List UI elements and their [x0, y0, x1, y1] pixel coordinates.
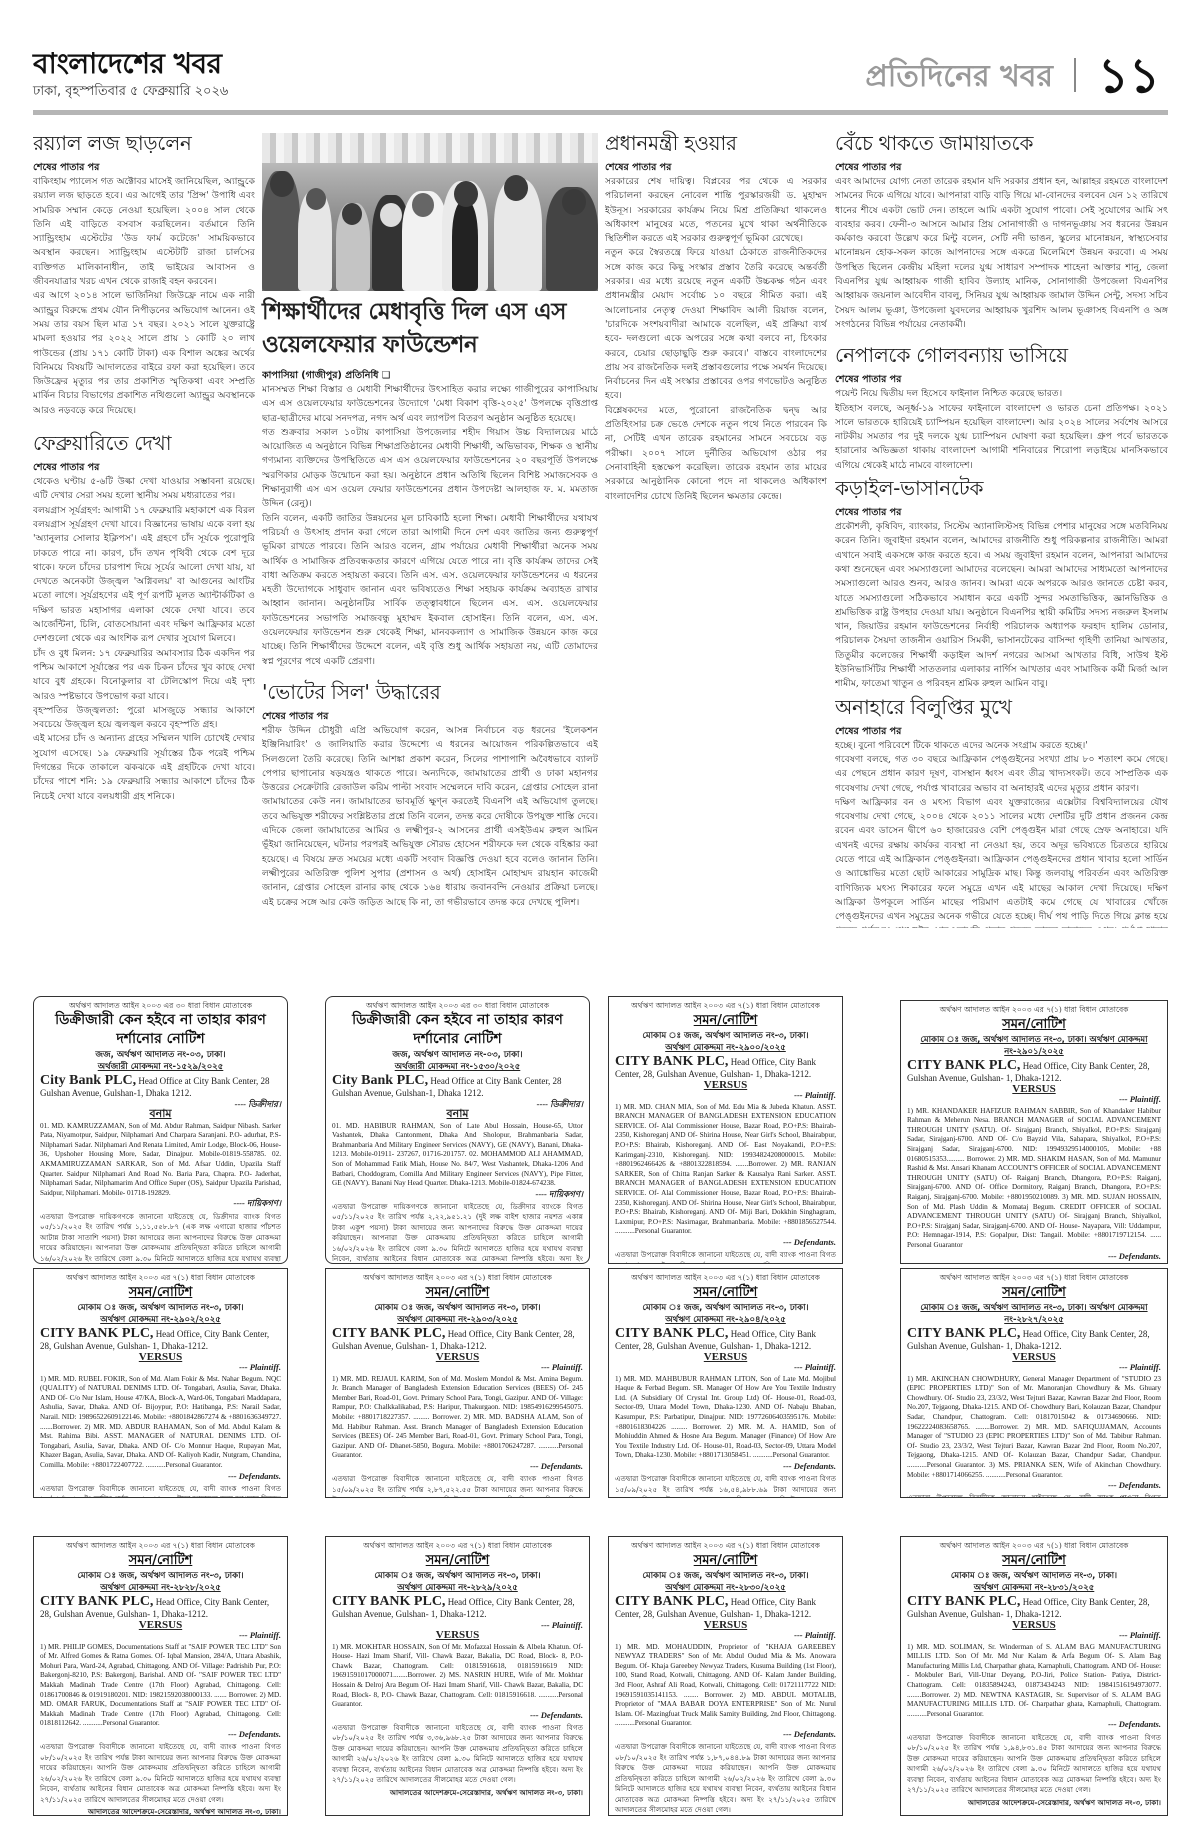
versus-label: VERSUS: [907, 1620, 1161, 1630]
plaintiff-role: --- Plaintiff.: [907, 1362, 1161, 1372]
notice-case-number: অর্থঋণ মোকদ্দমা নং-২৯০০/২০২৫: [615, 1042, 836, 1054]
notice-law: অর্থঋণ আদালত আইন ২০০৩ এর ৩০ ধারা বিধান ম…: [332, 1001, 583, 1011]
article-scholarship: কাপাসিয়া (গাজীপুর) প্রতিনিধি ❑ মানসম্মত…: [262, 368, 598, 928]
article-right-column: বেঁচে থাকতে জামায়াতকে শেষের পাতার পর এব…: [835, 128, 1168, 928]
legal-notice: অর্থঋণ আদালত আইন ২০০৩ এর ৭(১) ধারা বিধান…: [900, 1268, 1168, 1498]
article-kicker: শেষের পাতার পর: [262, 709, 598, 724]
notice-body: এতদ্বারা উপরোক্ত বিবাদীকে জানানো যাইতেছে…: [332, 1474, 583, 1498]
notice-case-number: অর্থঋণ মোকদ্দমা নং-২৮৩০/২০২৫: [615, 1582, 836, 1594]
notice-law: অর্থঋণ আদালত আইন ২০০৩ এর ৩০ ধারা বিধান ম…: [40, 1001, 281, 1011]
defendant-role: --- Defendants.: [332, 1710, 583, 1720]
notice-law: অর্থঋণ আদালত আইন ২০০৩ এর ৭(১) ধারা বিধান…: [332, 1541, 583, 1551]
notice-body: এতদ্বারা উপরোক্ত বিবাদীকে জানানো যাইতেছে…: [615, 1742, 836, 1816]
notice-plaintiff: CITY BANK PLC, Head Office, City Bank Ce…: [332, 1596, 583, 1620]
plaintiff-role: --- Plaintiff.: [332, 1362, 583, 1372]
versus-label: VERSUS: [615, 1080, 836, 1090]
article-headline: কড়াইল-ভাসানটেক: [835, 473, 1168, 503]
notice-parties: 01. MD. KAMRUZZAMAN, Son of Md. Abdur Ra…: [40, 1122, 281, 1199]
article-royal-lodge: রয়্যাল লজ ছাড়লেন শেষের পাতার পর বাকিংহ…: [33, 128, 255, 928]
article-paragraph: পয়েন্ট নিয়ে দ্বিতীয় দল হিসেবে ফাইনাল …: [835, 387, 1168, 401]
notice-case-number: অর্থঋণ মোকদ্দমা নং-২৮৩১/২০২৫: [907, 1582, 1161, 1594]
defendant-role: --- Defendants.: [615, 1237, 836, 1247]
versus-label: VERSUS: [615, 1620, 836, 1630]
notice-body: এতদ্বারা উপরোক্ত বিবাদীকে জানানো যাইতেছে…: [907, 1493, 1161, 1498]
article-kicker: শেষের পাতার পর: [835, 505, 1168, 520]
notice-signature: আদালতের আদেশক্রমে-সেরেস্তাদার, অর্থঋণ আদ…: [907, 1798, 1161, 1808]
versus-label: VERSUS: [615, 1352, 836, 1362]
notice-plaintiff: CITY BANK PLC, Head Office, City Bank Ce…: [40, 1328, 281, 1352]
article-paragraph: বৃহস্পতির উজ্জ্বলতা: পুরো মাসজুড়ে সন্ধ্…: [33, 704, 255, 733]
versus-label: VERSUS: [332, 1630, 583, 1640]
legal-notice: অর্থঋণ আদালত আইন ২০০৩ এর ৭(১) ধারা বিধান…: [325, 1268, 590, 1498]
notice-plaintiff: CITY BANK PLC, Head Office, City Bank Ce…: [907, 1596, 1161, 1620]
notice-parties: 1) MR. MD. REJAUL KARIM, Son of Md. Mosl…: [332, 1375, 583, 1461]
article-kicker: শেষের পাতার পর: [835, 160, 1168, 175]
notice-court: মোকাম ঃ জজ, অর্থঋণ আদালত নং-৩, ঢাকা।: [615, 1570, 836, 1582]
notice-title: সমন/নোটিশ: [907, 1551, 1161, 1570]
notice-case-number: অর্থঋণ মোকদ্দমা নং-২৯০২/২০২৫: [40, 1314, 281, 1326]
notice-law: অর্থঋণ আদালত আইন ২০০৩ এর ৭(১) ধারা বিধান…: [615, 1001, 836, 1011]
defendant-role: ---- দায়িকগণ।: [40, 1198, 281, 1208]
article-paragraph: এই মাসের চাঁদ ও অন্যান্য গ্রহের সম্মিলন …: [33, 732, 255, 803]
notice-title: সমন/নোটিশ: [615, 1283, 836, 1302]
dateline: ঢাকা, বৃহস্পতিবার ৫ ফেব্রুয়ারি ২০২৬: [33, 82, 228, 103]
notice-law: অর্থঋণ আদালত আইন ২০০৩ এর ৭(১) ধারা বিধান…: [332, 1273, 583, 1283]
notice-plaintiff: CITY BANK PLC, Head Office, City Bank Ce…: [332, 1328, 583, 1352]
article-paragraph: চাঁদ ও বুধ মিলন: ১৭ ফেব্রুয়ারির অমাবস্য…: [33, 647, 255, 704]
legal-notice: অর্থঋণ আদালত আইন ২০০৩ এর ৭(১) ধারা বিধান…: [33, 1268, 288, 1498]
notice-title: সমন/নোটিশ: [332, 1283, 583, 1302]
notice-title: সমন/নোটিশ: [615, 1011, 836, 1030]
defendant-role: ---- দায়িকগণ।: [332, 1189, 583, 1199]
plaintiff-role: --- Plaintiff.: [615, 1630, 836, 1640]
legal-notice: অর্থঋণ আদালত আইন ২০০৩ এর ৩০ ধারা বিধান ম…: [33, 996, 288, 1264]
notice-law: অর্থঋণ আদালত আইন ২০০৩ এর ৭(১) ধারা বিধান…: [907, 1541, 1161, 1551]
notice-plaintiff: CITY BANK PLC, Head Office, City Bank Ce…: [615, 1596, 836, 1620]
notice-parties: 1) MR. MD. RUBEL FOKIR, Son of Md. Alam …: [40, 1375, 281, 1471]
notice-title: সমন/নোটিশ: [907, 1283, 1161, 1302]
article-prime-minister: প্রধানমন্ত্রী হওয়ার শেষের পাতার পর সরকা…: [605, 128, 827, 928]
defendant-role: --- Defendants.: [40, 1471, 281, 1481]
notice-case-number: অর্থঋণ মোকদ্দমা নং-২৯০৩/২০২৫: [332, 1314, 583, 1326]
article-kicker: শেষের পাতার পর: [605, 160, 827, 175]
plaintiff-role: --- Plaintiff.: [40, 1362, 281, 1372]
versus-label: VERSUS: [40, 1620, 281, 1630]
article-headline: 'ভোটের সিল' উদ্ধারের: [262, 677, 598, 707]
notice-plaintiff: City Bank PLC, Head Office at City Bank …: [332, 1075, 583, 1099]
notice-court: মোকাম ঃ জজ, অর্থঋণ আদালত নং-৩, ঢাকা।: [907, 1570, 1161, 1582]
defendant-role: --- Defendants.: [907, 1480, 1161, 1490]
notice-law: অর্থঋণ আদালত আইন ২০০৩ এর ৭(১) ধারা বিধান…: [907, 1005, 1161, 1015]
article-headline: প্রধানমন্ত্রী হওয়ার: [605, 128, 827, 158]
legal-notice: অর্থঋণ আদালত আইন ২০০৩ এর ৭(১) ধারা বিধান…: [608, 996, 843, 1264]
versus-label: VERSUS: [907, 1084, 1161, 1094]
versus-label: VERSUS: [40, 1352, 281, 1362]
notice-court: জজ, অর্থঋণ আদালত নং-০৩, ঢাকা।: [332, 1049, 583, 1061]
notice-parties: 1) MR. MD. MOHAUDDIN, Proprietor of "KHA…: [615, 1643, 836, 1729]
notice-signature: আদালতের আদেশক্রমে-সেরেস্তাদার, অর্থঋণ আদ…: [40, 1807, 281, 1816]
plaintiff-role: --- Plaintiff.: [907, 1094, 1161, 1104]
article-kicker: শেষের পাতার পর: [33, 160, 255, 175]
notice-body: এতদ্বারা উপরোক্ত বিবাদীকে জানানো যাইতেছে…: [332, 1723, 583, 1786]
news-photo: [262, 133, 598, 291]
plaintiff-role: --- Plaintiff.: [615, 1090, 836, 1100]
plaintiff-role: --- Plaintiff.: [615, 1362, 836, 1372]
legal-notice: অর্থঋণ আদালত আইন ২০০৩ এর ৭(১) ধারা বিধান…: [33, 1536, 288, 1816]
notice-body: এতদ্বারা উপরোক্ত দায়িকগণকে জানানো যাইতে…: [40, 1212, 281, 1264]
article-paragraph: প্রকৌশলী, কৃষিবিদ, ব্যাংকার, সিস্টেম অ্য…: [835, 520, 1168, 692]
article-kicker: শেষের পাতার পর: [835, 724, 1168, 739]
notice-parties: 1) MR. KHANDAKER HAFIZUR RAHMAN SABBIR, …: [907, 1107, 1161, 1251]
notice-parties: 1) MR. MD. SOLIMAN, Sr. Winderman of S. …: [907, 1643, 1161, 1720]
notice-title: সমন/নোটিশ: [40, 1551, 281, 1570]
notice-plaintiff: CITY BANK PLC, Head Office, City Bank Ce…: [907, 1328, 1161, 1352]
article-headline: বেঁচে থাকতে জামায়াতকে: [835, 128, 1168, 158]
notice-body: এতদ্বারা উপরোক্ত বিবাদীকে জানানো যাইতেছে…: [615, 1250, 836, 1264]
feature-headline: শিক্ষার্থীদের মেধাবৃত্তি দিল এস এস ওয়েল…: [262, 296, 598, 362]
defendant-role: --- Defendants.: [907, 1251, 1161, 1261]
notice-case-number: অর্থঋণ মোকদ্দমা নং-২৯০৪/২০২৫: [615, 1314, 836, 1326]
plaintiff-role: --- Plaintiff.: [907, 1630, 1161, 1640]
versus-label: VERSUS: [332, 1352, 583, 1362]
notice-court: মোকাম ঃ জজ, অর্থঋণ আদালত নং-৩, ঢাকা।: [332, 1570, 583, 1582]
article-paragraph: তিনি বলেন, একটি জাতির উন্নয়নের মূল চাবি…: [262, 512, 598, 669]
notice-body: এতদ্বারা উপরোক্ত বিবাদীকে জানানো যাইতেছে…: [907, 1733, 1161, 1796]
photo-banner: [262, 133, 598, 163]
legal-notice: অর্থঋণ আদালত আইন ২০০৩ এর ৭(১) ধারা বিধান…: [900, 1000, 1168, 1264]
notice-law: অর্থঋণ আদালত আইন ২০০৩ এর ৭(১) ধারা বিধান…: [40, 1273, 281, 1283]
versus-label: বনাম: [40, 1109, 281, 1119]
notice-law: অর্থঋণ আদালত আইন ২০০৩ এর ৭(১) ধারা বিধান…: [615, 1541, 836, 1551]
notice-court: মোকাম ঃ জজ, অর্থঋণ আদালত নং-৩, ঢাকা।: [615, 1030, 836, 1042]
notice-parties: 1) MR. MD. CHAN MIA, Son of Md. Edu Mia …: [615, 1103, 836, 1237]
article-paragraph: এর আগে ২০১৪ সালে ভার্জিনিয়া জিউফ্রে নাম…: [33, 289, 255, 418]
masthead-rule: [33, 110, 1168, 115]
notice-parties: 01. MD. HABIBUR RAHMAN, Son of Late Abul…: [332, 1122, 583, 1189]
legal-notice: অর্থঋণ আদালত আইন ২০০৩ এর ৩০ ধারা বিধান ম…: [325, 996, 590, 1264]
legal-notice: অর্থঋণ আদালত আইন ২০০৩ এর ৭(১) ধারা বিধান…: [325, 1536, 590, 1816]
article-paragraph: হচ্ছে। বুনো পরিবেশে টিকে থাকতে এদের অনেক…: [835, 739, 1168, 753]
defendant-role: --- Defendants.: [615, 1729, 836, 1739]
notice-title: ডিক্রীজারী কেন হইবে না তাহার কারণ দর্শান…: [40, 1011, 281, 1049]
notice-body: এতদ্বারা উপরোক্ত বিবাদীকে জানানো যাইতেছে…: [40, 1742, 281, 1805]
notice-court: জজ, অর্থঋণ আদালত নং-০৩, ঢাকা।: [40, 1049, 281, 1061]
masthead: বাংলাদেশের খবর ঢাকা, বৃহস্পতিবার ৫ ফেব্র…: [33, 0, 1168, 117]
notice-plaintiff: CITY BANK PLC, Head Office, City Bank Ce…: [907, 1060, 1161, 1084]
article-paragraph: এবং আমাদের যোগ্য নেতা তারেক রহমান যদি সর…: [835, 175, 1168, 332]
article-paragraph: সরকারের শেষ দায়িত্ব। বিপ্লবের পর থেকে এ…: [605, 175, 827, 246]
notice-body: এতদ্বারা উপরোক্ত বিবাদীকে জানানো যাইতেছে…: [40, 1484, 281, 1498]
notice-law: অর্থঋণ আদালত আইন ২০০৩ এর ৭(১) ধারা বিধান…: [615, 1273, 836, 1283]
notice-case-number: অর্থঋণ মোকদ্দমা নং-২৮২৮/২০২৫: [40, 1582, 281, 1594]
article-paragraph: বাকিংহাম প্যালেস গত অক্টোবর মাসেই জানিয়…: [33, 175, 255, 289]
article-headline: নেপালকে গোলবন্যায় ভাসিয়ে: [835, 340, 1168, 370]
notice-title: ডিক্রীজারী কেন হইবে না তাহার কারণ দর্শান…: [332, 1011, 583, 1049]
notice-title: সমন/নোটিশ: [615, 1551, 836, 1570]
notice-law: অর্থঋণ আদালত আইন ২০০৩ এর ৭(১) ধারা বিধান…: [907, 1273, 1161, 1283]
article-paragraph: বলয়গ্রাস সূর্যগ্রহণ: আগামী ১৭ ফেব্রুয়া…: [33, 504, 255, 647]
notice-parties: 1) MR. MD. MAHBUBUR RAHMAN LITON, Son of…: [615, 1375, 836, 1461]
article-paragraph: থেকেও ঘণ্টায় ৫-৬টি উল্কা দেখা যাওয়ার স…: [33, 475, 255, 504]
defendant-role: --- Defendants.: [615, 1461, 836, 1471]
notice-plaintiff: CITY BANK PLC, Head Office, City Bank Ce…: [40, 1596, 281, 1620]
notice-court: মোকাম ঃ জজ, অর্থঋণ আদালত নং-৩, ঢাকা।: [332, 1302, 583, 1314]
notice-parties: 1) MR. MOKHTAR HOSSAIN, Son Of Mr. Mofaz…: [332, 1643, 583, 1710]
notice-signature: আদালতের আদেশক্রমে-সেরেস্তাদার, অর্থঋণ আদ…: [332, 1788, 583, 1798]
notice-plaintiff: CITY BANK PLC, Head Office, City Bank Ce…: [615, 1328, 836, 1352]
notice-title: সমন/নোটিশ: [332, 1551, 583, 1570]
article-kicker: শেষের পাতার পর: [33, 460, 255, 475]
notice-body: এতদ্বারা উপরোক্ত বিবাদীকে জানানো যাইতেছে…: [615, 1474, 836, 1498]
notice-body: এতদ্বারা উপরোক্ত দায়িকগণকে জানানো যাইতে…: [332, 1202, 583, 1264]
notice-plaintiff: CITY BANK PLC, Head Office, City Bank Ce…: [615, 1056, 836, 1080]
versus-label: বনাম: [332, 1109, 583, 1119]
notice-title: সমন/নোটিশ: [907, 1015, 1161, 1034]
notice-plaintiff: City Bank PLC, Head Office at City Bank …: [40, 1075, 281, 1099]
legal-notice: অর্থঋণ আদালত আইন ২০০৩ এর ৭(১) ধারা বিধান…: [900, 1536, 1168, 1816]
article-paragraph: দক্ষিণ আফ্রিকার বন ও মৎস্য বিভাগ এবং যুক…: [835, 796, 1168, 928]
notice-case-number: অর্থজারী মোকদ্দমা নং-১৫৩০/২০২৫: [332, 1061, 583, 1073]
article-paragraph: ইতিহাস বলছে, অনূর্ধ্ব-১৯ সাফের ফাইনালে ব…: [835, 402, 1168, 473]
article-headline: রয়্যাল লজ ছাড়লেন: [33, 128, 255, 158]
plaintiff-role: --- Plaintiff.: [40, 1630, 281, 1640]
notice-court: মোকাম ঃ জজ, অর্থঋণ আদালত নং-৩, ঢাকা।: [40, 1570, 281, 1582]
article-paragraph: গত শুক্রবার সকাল ১০টায় কাপাসিয়া উপজেলা…: [262, 426, 598, 512]
notice-court: মোকাম ঃ জজ, অর্থঋণ আদালত নং-৩, ঢাকা।: [40, 1302, 281, 1314]
article-kicker: শেষের পাতার পর: [835, 372, 1168, 387]
notice-court: মোকাম ঃ জজ, অর্থঋণ আদালত নং-৩, ঢাকা। অর্…: [907, 1302, 1161, 1326]
article-paragraph: শরীফ উদ্দিন চৌধুরী এপ্রি অভিযোগ করেন, আস…: [262, 724, 598, 910]
article-byline: কাপাসিয়া (গাজীপুর) প্রতিনিধি ❑: [262, 368, 598, 383]
versus-label: VERSUS: [907, 1352, 1161, 1362]
article-paragraph: গবেষণা বলছে, গত ৩০ বছরে আফ্রিকান পেঙ্গুই…: [835, 753, 1168, 796]
notice-case-number: অর্থজারী মোকদ্দমা নং-১৫২৯/২০২৫: [40, 1061, 281, 1073]
notice-title: সমন/নোটিশ: [40, 1283, 281, 1302]
defendant-role: --- Defendants.: [332, 1461, 583, 1471]
notice-law: অর্থঋণ আদালত আইন ২০০৩ এর ৭(১) ধারা বিধান…: [40, 1541, 281, 1551]
defendant-role: --- Defendants.: [907, 1719, 1161, 1729]
legal-notice: অর্থঋণ আদালত আইন ২০০৩ এর ৭(১) ধারা বিধান…: [608, 1268, 843, 1498]
divider: [1074, 58, 1076, 92]
page-number: ১১: [1098, 40, 1160, 119]
notice-court: মোকাম ঃ জজ, অর্থঋণ আদালত নং-৩, ঢাকা। অর্…: [907, 1034, 1161, 1058]
notice-case-number: অর্থঋণ মোকদ্দমা নং-২৮২৯/২০২৫: [332, 1582, 583, 1594]
article-paragraph: নতুন করে স্বৈরতন্ত্রে ফিরে যাওয়া ঠেকাতে…: [605, 246, 827, 403]
section-name: প্রতিদিনের খবর: [865, 52, 1053, 103]
defendant-role: --- Defendants.: [40, 1729, 281, 1739]
article-paragraph: বিশ্লেষকদের মতে, পুরোনো রাজনৈতিক দ্বন্দ্…: [605, 404, 827, 504]
notice-parties: 1) MR. AKINCHAN CHOWDHURY, General Manag…: [907, 1375, 1161, 1481]
notice-court: মোকাম ঃ জজ, অর্থঋণ আদালত নং-৩, ঢাকা।: [615, 1302, 836, 1314]
article-headline: ফেব্রুয়ারিতে দেখা: [33, 428, 255, 458]
legal-notice: অর্থঋণ আদালত আইন ২০০৩ এর ৭(১) ধারা বিধান…: [608, 1536, 843, 1816]
article-headline: অনাহারে বিলুপ্তির মুখে: [835, 692, 1168, 722]
notice-parties: 1) MR. PHILIP GOMES, Documentations Staf…: [40, 1643, 281, 1729]
article-paragraph: মানসম্মত শিক্ষা বিস্তার ও মেধাবী শিক্ষার…: [262, 383, 598, 426]
